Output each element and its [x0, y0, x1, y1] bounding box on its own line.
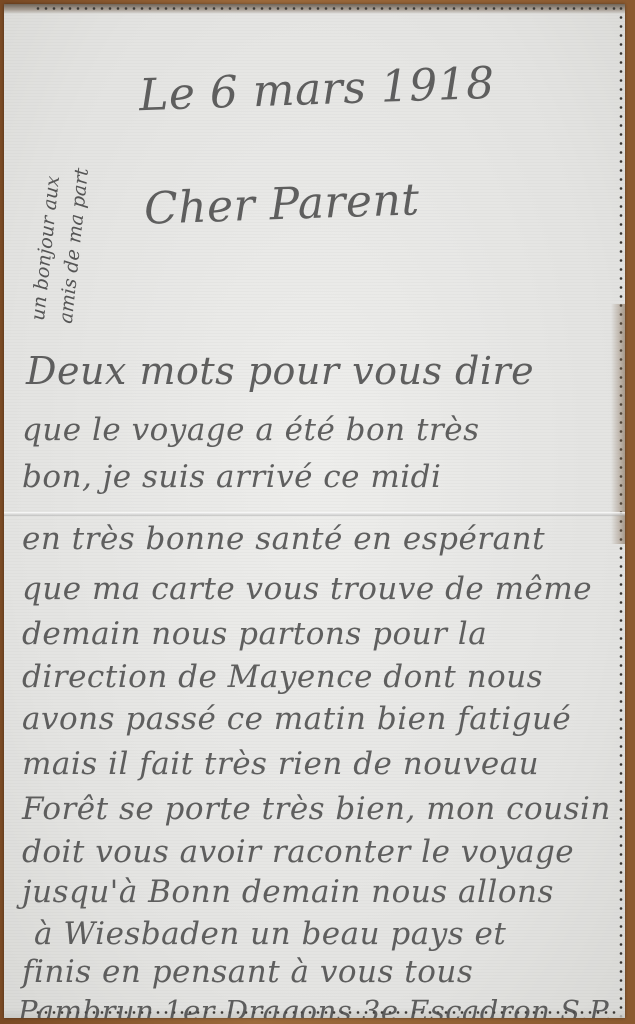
body-line: doit vous avoir raconter le voyage [22, 834, 574, 870]
body-line: que le voyage a été bon très [22, 412, 480, 448]
body-line: avons passé ce matin bien fatigué [22, 701, 571, 737]
edge-stain [611, 304, 625, 544]
body-line: que ma carte vous trouve de même [22, 571, 592, 607]
letter-sheet: un bonjour aux amis de ma part Le 6 mars… [4, 4, 625, 1018]
top-perforated-edge [4, 4, 625, 14]
body-line: finis en pensant à vous tous [22, 954, 473, 990]
body-line: Forêt se porte très bien, mon cousin [22, 791, 611, 827]
body-line: bon, je suis arrivé ce midi [22, 459, 441, 495]
signature-line: Pambrun 1er Dragons 3e Escadron S.P. 132 [18, 994, 625, 1018]
body-line: à Wiesbaden un beau pays et [34, 916, 506, 952]
margin-note: un bonjour aux amis de ma part [24, 164, 96, 325]
body-line: jusqu'à Bonn demain nous allons [22, 874, 554, 910]
letter-date: Le 6 mars 1918 [138, 58, 495, 121]
body-line: direction de Mayence dont nous [22, 659, 543, 695]
fold-crease [4, 512, 625, 516]
body-line: Deux mots pour vous dire [26, 349, 534, 393]
body-line: demain nous partons pour la [22, 616, 487, 652]
body-line: en très bonne santé en espérant [22, 521, 545, 557]
body-line: mais il fait très rien de nouveau [22, 746, 539, 782]
letter-greeting: Cher Parent [143, 174, 420, 235]
